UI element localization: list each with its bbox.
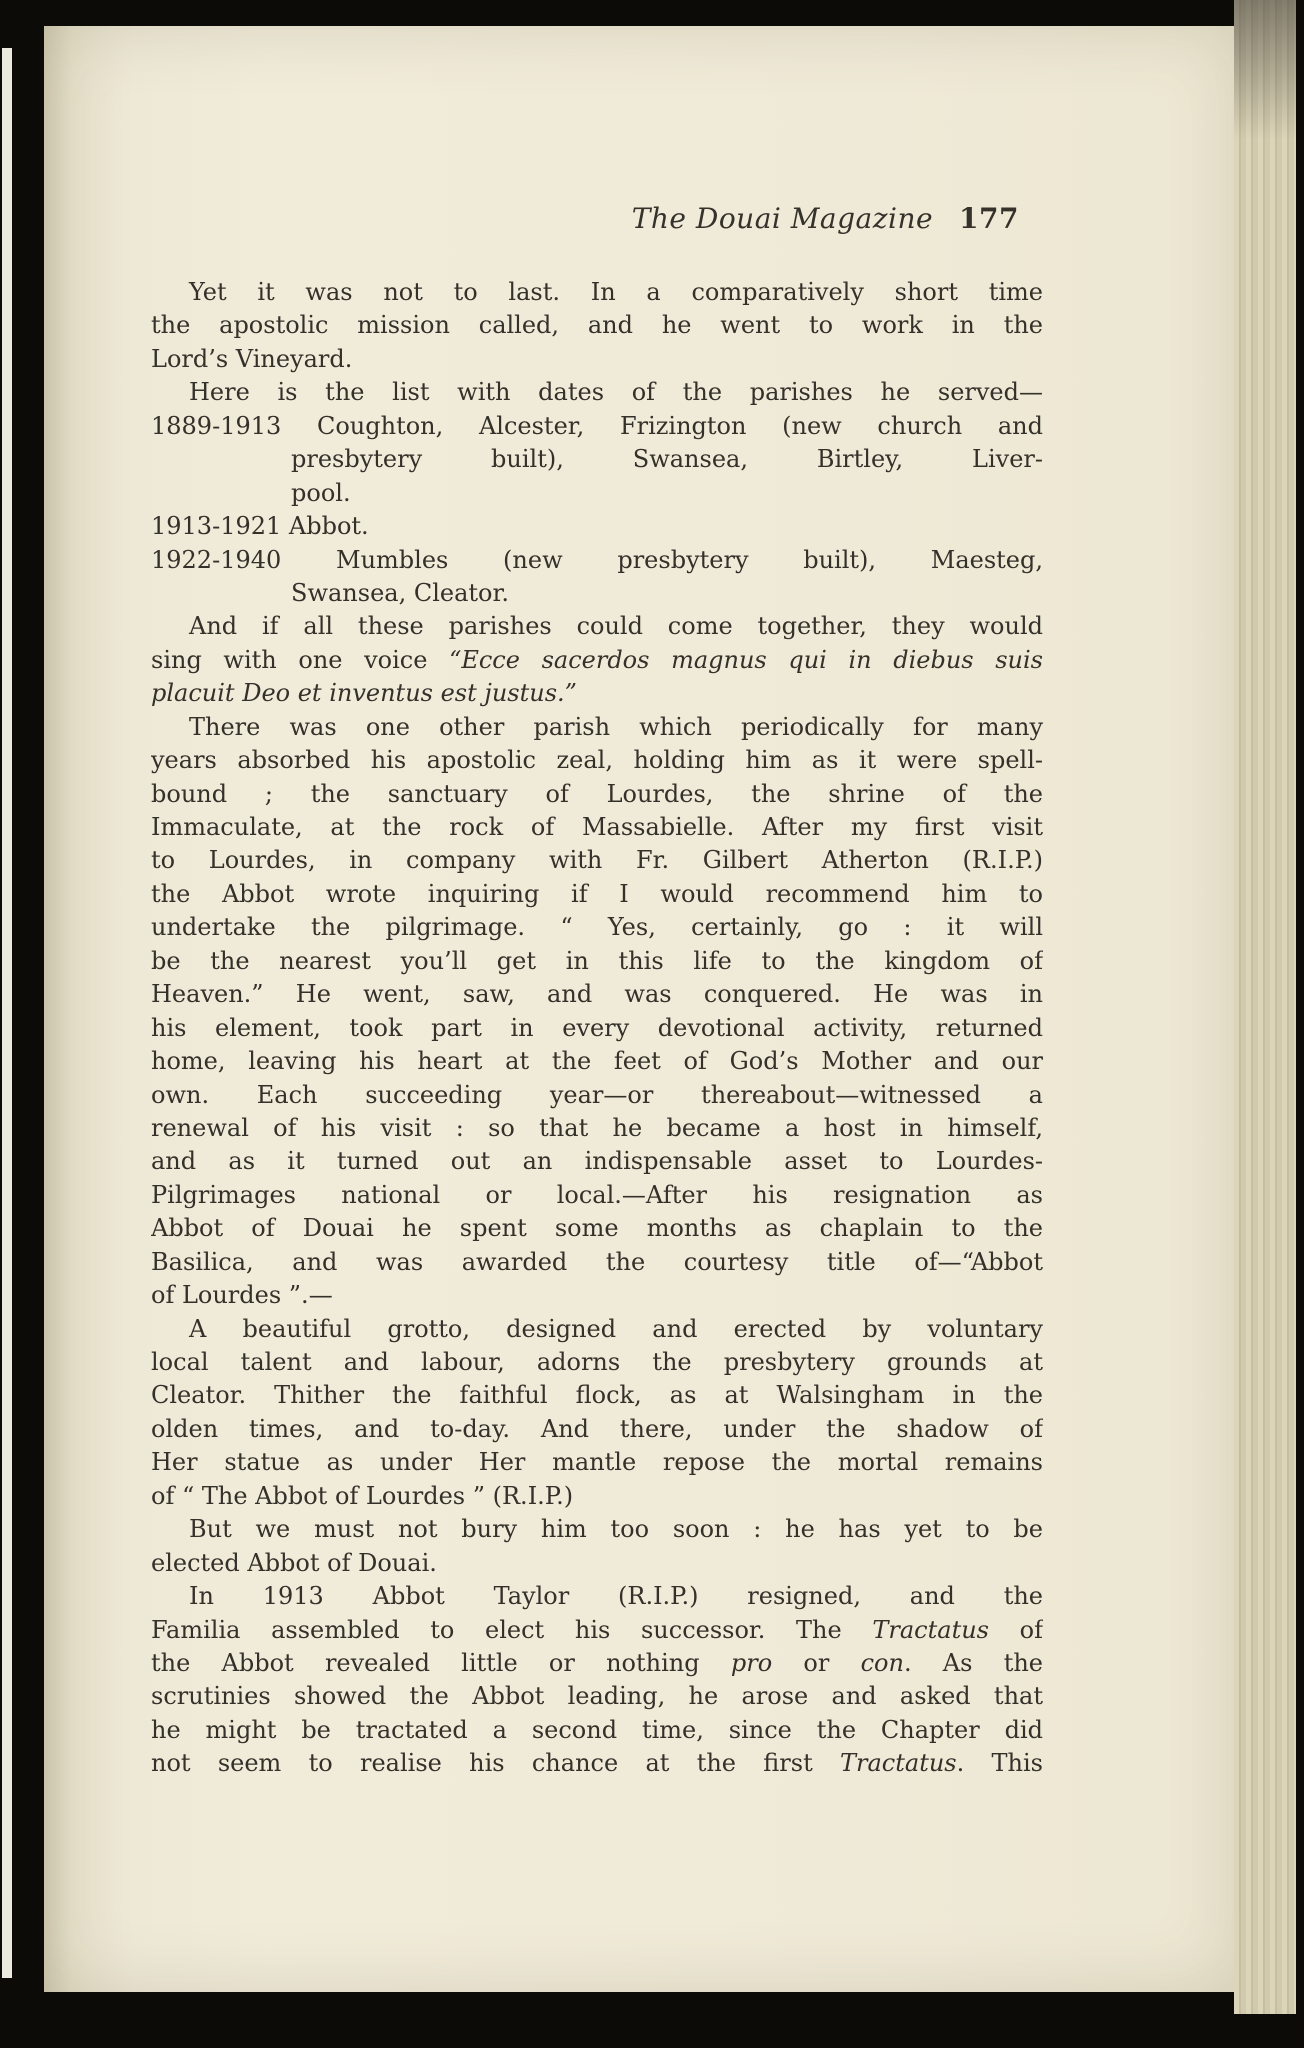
text-line: elected Abbot of Douai. xyxy=(151,1547,1043,1580)
text-line: But we must not bury him too soon : he h… xyxy=(151,1513,1043,1546)
text-line: sing with one voice “Ecce sacerdos magnu… xyxy=(151,644,1043,677)
text-line: be the nearest you’ll get in this life t… xyxy=(151,945,1043,978)
text-line: renewal of his visit : so that he became… xyxy=(151,1112,1043,1145)
text-line: the Abbot revealed little or nothing pro… xyxy=(151,1647,1043,1680)
text-line: the Abbot wrote inquiring if I would rec… xyxy=(151,878,1043,911)
text-line: Pilgrimages national or local.—After his… xyxy=(151,1179,1043,1212)
text-line: placuit Deo et inventus est justus.” xyxy=(151,677,1043,710)
text-line: scrutinies showed the Abbot leading, he … xyxy=(151,1680,1043,1713)
text-line: his element, took part in every devotion… xyxy=(151,1012,1043,1045)
text-line: presbytery built), Swansea, Birtley, Liv… xyxy=(151,443,1043,476)
text-line: he might be tractated a second time, sin… xyxy=(151,1714,1043,1747)
text-line: pool. xyxy=(151,477,1043,510)
text-line: Immaculate, at the rock of Massabielle. … xyxy=(151,811,1043,844)
page-edges-stack xyxy=(1234,0,1296,2014)
text-line: A beautiful grotto, designed and erected… xyxy=(151,1313,1043,1346)
text-line: bound ; the sanctuary of Lourdes, the sh… xyxy=(151,778,1043,811)
text-line: 1889-1913 Coughton, Alcester, Frizington… xyxy=(151,410,1043,443)
text-line: Her statue as under Her mantle repose th… xyxy=(151,1446,1043,1479)
text-line: home, leaving his heart at the feet of G… xyxy=(151,1045,1043,1078)
text-line: undertake the pilgrimage. “ Yes, certain… xyxy=(151,911,1043,944)
page-number: 177 xyxy=(959,202,1019,235)
running-head: The Douai Magazine177 xyxy=(151,202,1019,235)
text-line: not seem to realise his chance at the fi… xyxy=(151,1747,1043,1780)
text-line: Swansea, Cleator. xyxy=(151,577,1043,610)
text-line: Yet it was not to last. In a comparative… xyxy=(151,276,1043,309)
text-line: 1913-1921 Abbot. xyxy=(151,510,1043,543)
text-line: to Lourdes, in company with Fr. Gilbert … xyxy=(151,844,1043,877)
magazine-title: The Douai Magazine xyxy=(632,202,933,235)
text-line: Abbot of Douai he spent some months as c… xyxy=(151,1212,1043,1245)
text-line: Heaven.” He went, saw, and was conquered… xyxy=(151,978,1043,1011)
text-line: 1922-1940 Mumbles (new presbytery built)… xyxy=(151,544,1043,577)
text-line: Lord’s Vineyard. xyxy=(151,343,1043,376)
text-line: and as it turned out an indispensable as… xyxy=(151,1145,1043,1178)
text-line: own. Each succeeding year—or thereabout—… xyxy=(151,1079,1043,1112)
scan-left-edge xyxy=(2,48,12,1978)
text-line: olden times, and to-day. And there, unde… xyxy=(151,1413,1043,1446)
text-line: Here is the list with dates of the paris… xyxy=(151,376,1043,409)
text-line: In 1913 Abbot Taylor (R.I.P.) resigned, … xyxy=(151,1580,1043,1613)
text-line: of “ The Abbot of Lourdes ” (R.I.P.) xyxy=(151,1480,1043,1513)
text-line: of Lourdes ”.— xyxy=(151,1279,1043,1312)
text-line: There was one other parish which periodi… xyxy=(151,711,1043,744)
text-line: Familia assembled to elect his successor… xyxy=(151,1614,1043,1647)
text-line: And if all these parishes could come tog… xyxy=(151,610,1043,643)
book-scan: { "document": { "type": "scanned-book-pa… xyxy=(0,0,1304,2048)
text-line: local talent and labour, adorns the pres… xyxy=(151,1346,1043,1379)
text-line: years absorbed his apostolic zeal, holdi… xyxy=(151,744,1043,777)
page-lines: Yet it was not to last. In a comparative… xyxy=(151,276,1043,1781)
text-line: Basilica, and was awarded the courtesy t… xyxy=(151,1246,1043,1279)
text-line: the apostolic mission called, and he wen… xyxy=(151,309,1043,342)
book-page: The Douai Magazine177 Yet it was not to … xyxy=(44,26,1238,1992)
text-line: Cleator. Thither the faithful flock, as … xyxy=(151,1379,1043,1412)
